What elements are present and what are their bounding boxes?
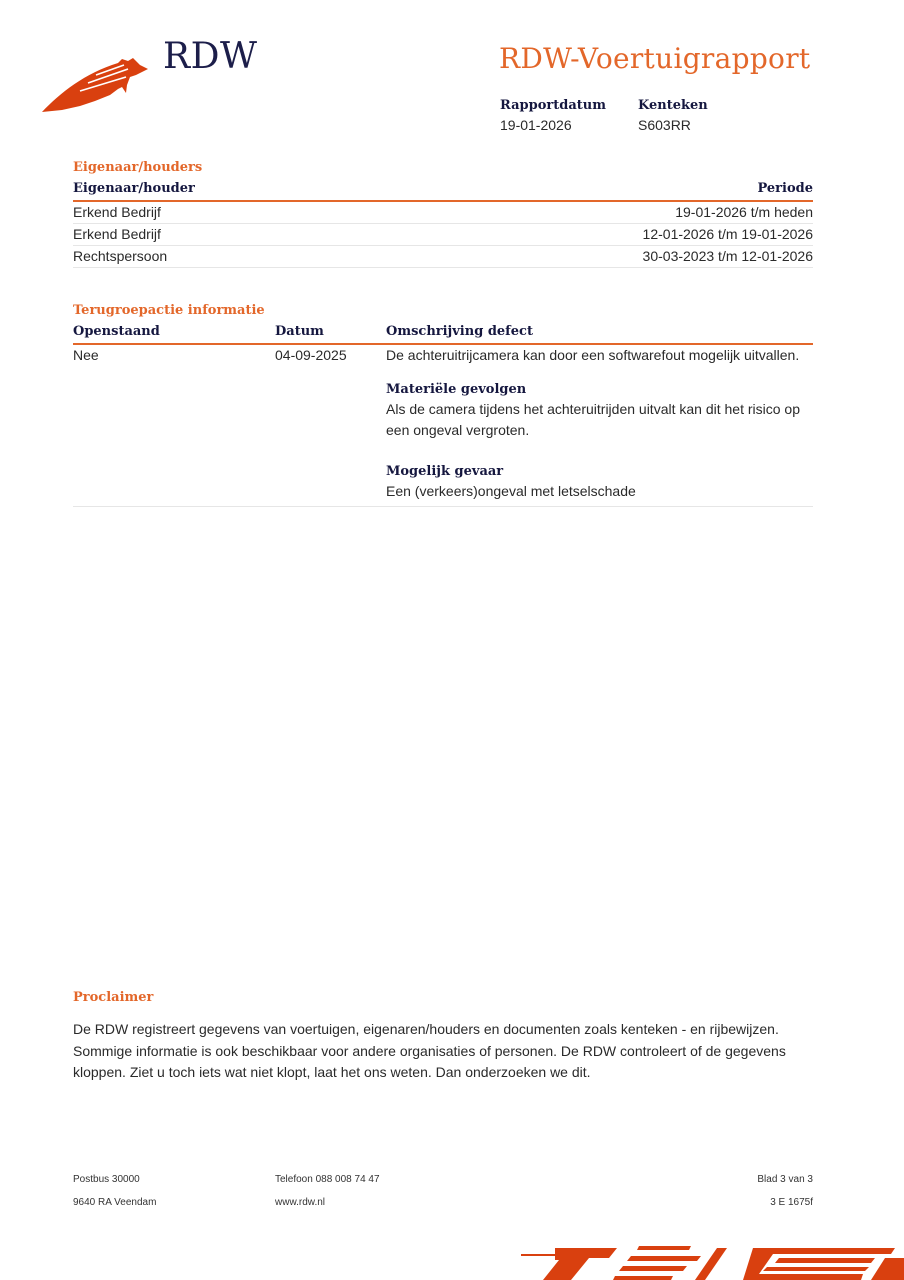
date-column-header: Datum [275, 324, 386, 344]
report-date-label: Rapportdatum [500, 98, 606, 113]
period-cell: 30-03-2023 t/m 12-01-2026 [382, 246, 813, 268]
owner-cell: Rechtspersoon [73, 246, 382, 268]
possible-danger-text: Een (verkeers)ongeval met letselschade [386, 481, 813, 502]
report-date-field: Rapportdatum 19-01-2026 [500, 98, 606, 133]
footer-address-line1: Postbus 30000 [73, 1174, 140, 1185]
proclaimer-text: De RDW registreert gegevens van voertuig… [73, 1019, 813, 1084]
license-plate-label: Kenteken [638, 98, 708, 113]
table-row: Erkend Bedrijf 12-01-2026 t/m 19-01-2026 [73, 224, 813, 246]
owners-section-title: Eigenaar/houders [73, 160, 202, 175]
owner-cell: Erkend Bedrijf [73, 201, 382, 224]
description-cell: De achteruitrijcamera kan door een softw… [386, 344, 813, 507]
recall-section-title: Terugroepactie informatie [73, 303, 265, 318]
table-row: Nee 04-09-2025 De achteruitrijcamera kan… [73, 344, 813, 507]
owner-column-header: Eigenaar/houder [73, 181, 382, 201]
table-row: Rechtspersoon 30-03-2023 t/m 12-01-2026 [73, 246, 813, 268]
footer-website-link[interactable]: www.rdw.nl [275, 1197, 325, 1208]
recall-table-header: Openstaand Datum Omschrijving defect [73, 324, 813, 344]
owner-cell: Erkend Bedrijf [73, 224, 382, 246]
rdw-logo-text: RDW [163, 36, 257, 77]
material-consequences-text: Als de camera tijdens het achteruitrijde… [386, 399, 813, 441]
footer-page-number: Blad 3 van 3 [757, 1174, 813, 1185]
proclaimer-title: Proclaimer [73, 990, 153, 1005]
open-cell: Nee [73, 344, 275, 507]
description-column-header: Omschrijving defect [386, 324, 813, 344]
report-title: RDW-Voertuigrapport [499, 42, 810, 75]
defect-description: De achteruitrijcamera kan door een softw… [386, 347, 813, 363]
period-cell: 19-01-2026 t/m heden [382, 201, 813, 224]
owners-table: Eigenaar/houder Periode Erkend Bedrijf 1… [73, 181, 813, 268]
rdw-wing-logo-icon [40, 55, 150, 117]
possible-danger-label: Mogelijk gevaar [386, 463, 813, 481]
rdw-stripes-decoration-icon [515, 1244, 904, 1280]
report-date-value: 19-01-2026 [500, 117, 606, 133]
license-plate-value: S603RR [638, 117, 708, 133]
open-column-header: Openstaand [73, 324, 275, 344]
footer-address-line2: 9640 RA Veendam [73, 1197, 156, 1208]
material-consequences-label: Materiële gevolgen [386, 381, 813, 399]
date-cell: 04-09-2025 [275, 344, 386, 507]
footer-document-code: 3 E 1675f [770, 1197, 813, 1208]
license-plate-field: Kenteken S603RR [638, 98, 708, 133]
footer-phone: Telefoon 088 008 74 47 [275, 1174, 380, 1185]
period-column-header: Periode [382, 181, 813, 201]
owners-table-header: Eigenaar/houder Periode [73, 181, 813, 201]
period-cell: 12-01-2026 t/m 19-01-2026 [382, 224, 813, 246]
recall-table: Openstaand Datum Omschrijving defect Nee… [73, 324, 813, 507]
table-row: Erkend Bedrijf 19-01-2026 t/m heden [73, 201, 813, 224]
